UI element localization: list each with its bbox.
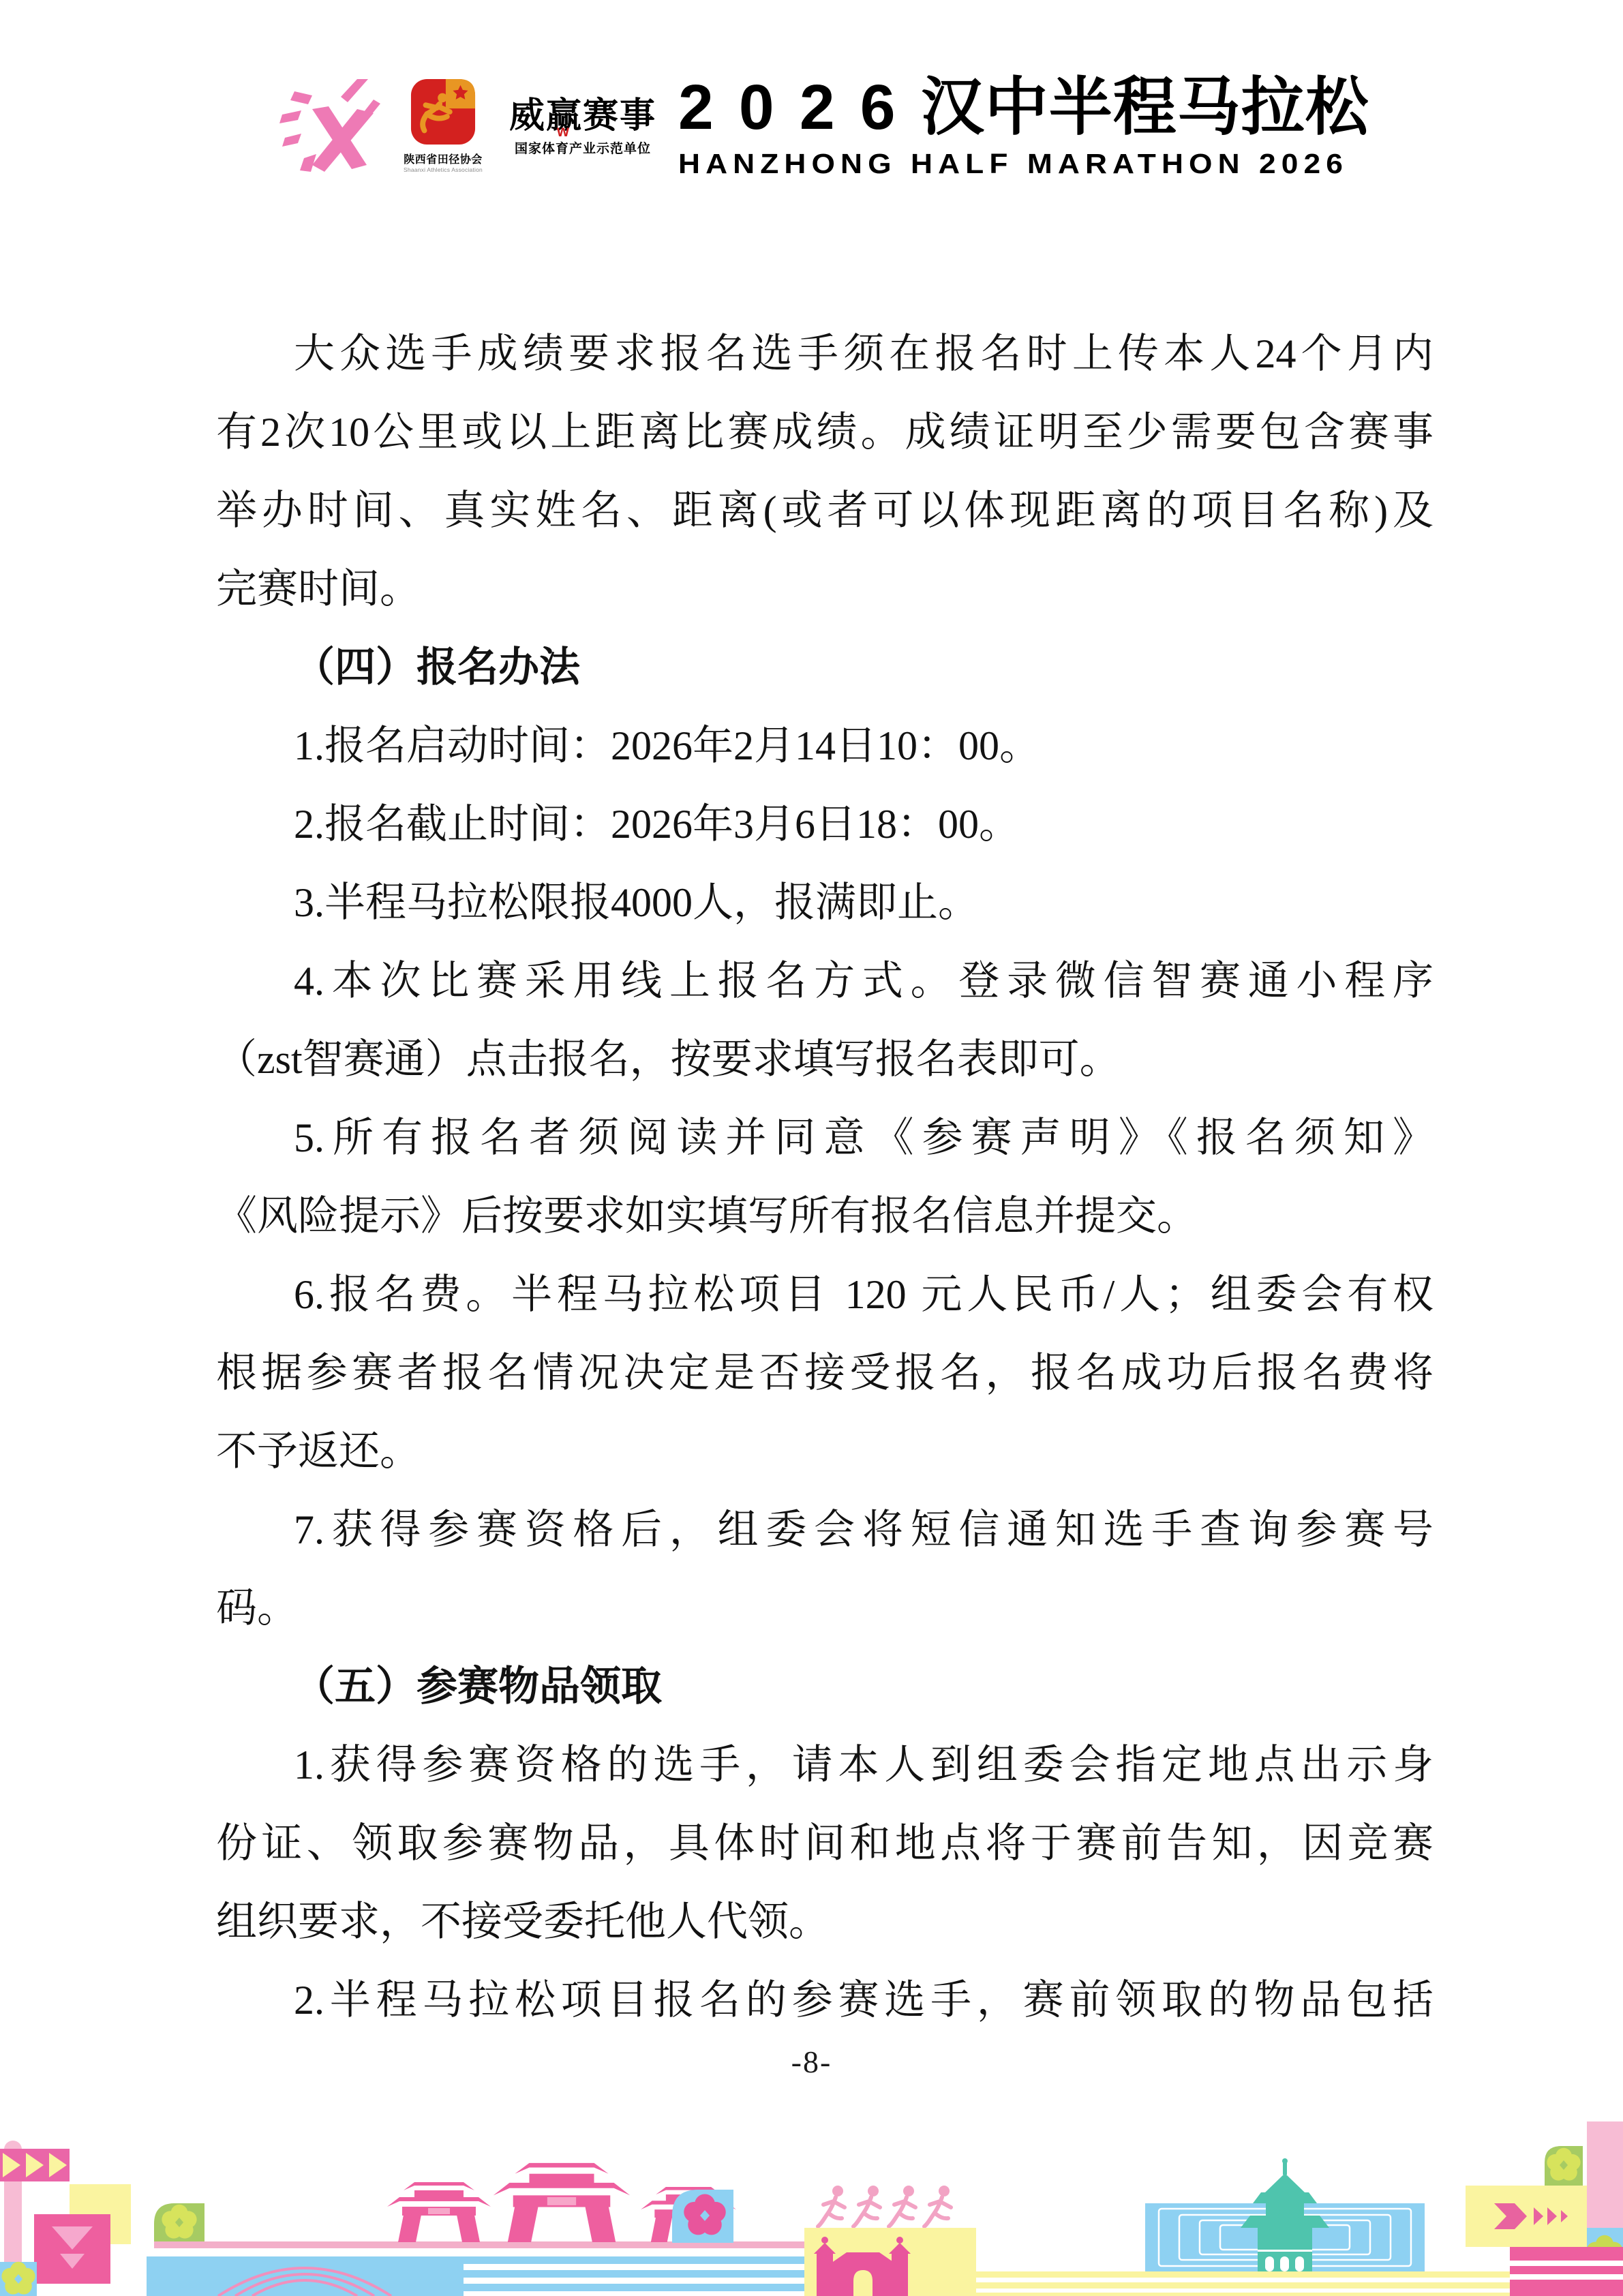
- weiying-logo: 威赢赛事 w 国家体育产业示范单位: [508, 97, 658, 157]
- body-line: 2.半程马拉松项目报名的参赛选手，赛前领取的物品包括: [216, 1961, 1434, 2040]
- yellow-gate-panel: [804, 2228, 976, 2296]
- body-line: 3.半程马拉松限报4000人，报满即止。: [216, 864, 1434, 942]
- right-decor-cluster: [1466, 2121, 1623, 2296]
- body-line: 大众选手成绩要求报名选手须在报名时上传本人24个月内: [216, 315, 1434, 393]
- document-page: 陕西省田径协会 Shaanxi Athletics Association 威赢…: [0, 0, 1623, 2296]
- body-line: 组织要求，不接受委托他人代领。: [216, 1883, 1434, 1961]
- page-number: -8-: [0, 2044, 1623, 2080]
- body-line: 份证、领取参赛物品，具体时间和地点将于赛前告知，因竞赛: [216, 1804, 1434, 1883]
- event-title-year: 2026: [678, 72, 921, 142]
- event-title-block: 2026汉中半程马拉松 HANZHONG HALF MARATHON 2026: [678, 75, 1353, 180]
- assoc-name-cn: 陕西省田径协会: [397, 151, 489, 166]
- weiying-subtitle: 国家体育产业示范单位: [508, 138, 658, 157]
- body-lines: 大众选手成绩要求报名选手须在报名时上传本人24个月内有2次10公里或以上距离比赛…: [216, 315, 1434, 2040]
- athletics-association-logo: 陕西省田径协会 Shaanxi Athletics Association: [397, 78, 489, 173]
- body-line: 根据参赛者报名情况决定是否接受报名，报名成功后报名费将: [216, 1334, 1434, 1413]
- event-title-cn: 汉中半程马拉松: [921, 72, 1369, 142]
- body-line: 4.本次比赛采用线上报名方式。登录微信智赛通小程序: [216, 942, 1434, 1021]
- weiying-wordmark: 威赢赛事 w: [508, 97, 658, 136]
- document-body: 大众选手成绩要求报名选手须在报名时上传本人24个月内有2次10公里或以上距离比赛…: [216, 315, 1434, 2040]
- body-line: 2.报名截止时间：2026年3月6日18：00。: [216, 785, 1434, 864]
- body-line: 5.所有报名者须阅读并同意《参赛声明》《报名须知》: [216, 1099, 1434, 1177]
- bridge-panel: [147, 2256, 464, 2296]
- footer-decoration: [0, 2113, 1623, 2296]
- body-line: 6.报名费。半程马拉松项目 120 元人民币/人；组委会有权: [216, 1256, 1434, 1334]
- body-line: （四）报名办法: [216, 629, 1434, 707]
- pagoda-panel: [1145, 2158, 1425, 2271]
- assoc-name-en: Shaanxi Athletics Association: [397, 166, 489, 173]
- event-title-en: HANZHONG HALF MARATHON 2026: [678, 148, 1407, 180]
- body-line: 7.获得参赛资格后，组委会将短信通知选手查询参赛号: [216, 1491, 1434, 1569]
- green-arch-tab: [154, 2203, 204, 2243]
- body-line: 完赛时间。: [216, 550, 1434, 629]
- runners-illustration: [818, 2186, 951, 2226]
- body-line: 有2次10公里或以上距离比赛成绩。成绩证明至少需要包含赛事: [216, 393, 1434, 472]
- body-line: 1.获得参赛资格的选手，请本人到组委会指定地点出示身: [216, 1726, 1434, 1804]
- body-line: 不予返还。: [216, 1413, 1434, 1491]
- weiying-red-w: w: [557, 123, 571, 140]
- event-title: 2026汉中半程马拉松: [678, 75, 1353, 140]
- athletics-association-badge: [410, 78, 476, 149]
- left-decor-cluster: [0, 2141, 131, 2296]
- body-line: 码。: [216, 1569, 1434, 1648]
- body-line: 《风险提示》后按要求如实填写所有报名信息并提交。: [216, 1177, 1434, 1256]
- body-line: （zst智赛通）点击报名，按要求填写报名表即可。: [216, 1021, 1434, 1099]
- han-character-logo: [278, 79, 380, 179]
- body-line: 1.报名启动时间：2026年2月14日10：00。: [216, 707, 1434, 785]
- body-line: （五）参赛物品领取: [216, 1648, 1434, 1726]
- yellow-stripes: [976, 2271, 1510, 2296]
- body-line: 举办时间、真实姓名、距离(或者可以体现距离的项目名称)及: [216, 472, 1434, 550]
- blue-arch-tab: [672, 2190, 733, 2243]
